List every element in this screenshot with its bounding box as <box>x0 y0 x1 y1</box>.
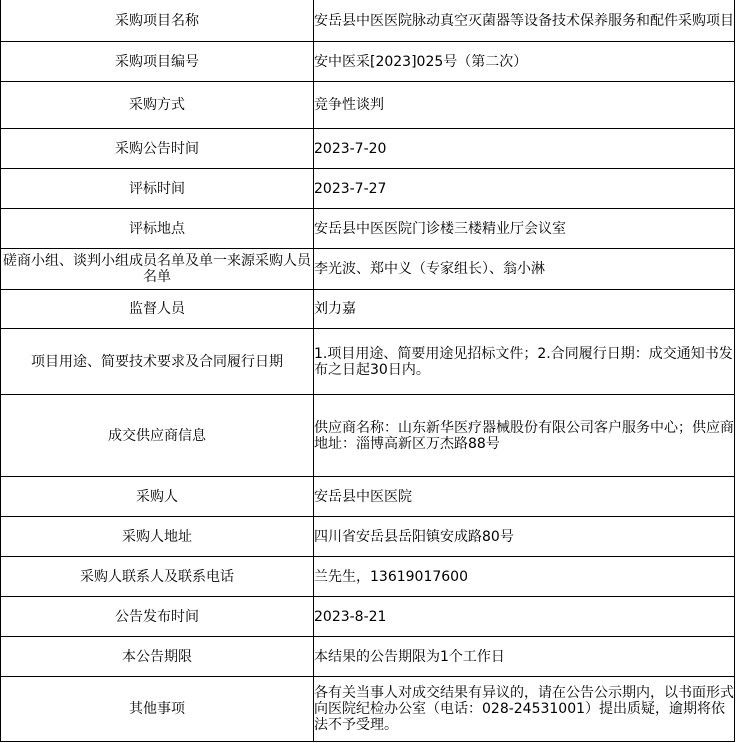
label-project-purpose: 项目用途、简要技术要求及合同履行日期 <box>1 329 314 395</box>
value-project-name: 安岳县中医医院脉动真空灭菌器等设备技术保养服务和配件采购项目 <box>314 0 735 42</box>
label-purchaser: 采购人 <box>1 477 314 517</box>
label-procurement-method: 采购方式 <box>1 82 314 129</box>
label-purchaser-contact: 采购人联系人及联系电话 <box>1 557 314 597</box>
value-procurement-method: 竞争性谈判 <box>314 82 735 129</box>
value-panel-members: 李光波、郑中义（专家组长）、翁小淋 <box>314 249 735 290</box>
label-project-number: 采购项目编号 <box>1 42 314 82</box>
label-evaluation-date: 评标时间 <box>1 169 314 209</box>
label-publish-date: 公告发布时间 <box>1 597 314 637</box>
value-supervisor: 刘力嘉 <box>314 290 735 329</box>
table-row-purchaser-contact: 采购人联系人及联系电话 兰先生，13619017600 <box>1 557 735 597</box>
table-row-project-name: 采购项目名称 安岳县中医医院脉动真空灭菌器等设备技术保养服务和配件采购项目 <box>1 0 735 42</box>
table-row-announcement-date: 采购公告时间 2023-7-20 <box>1 129 735 169</box>
table-row-other-matters: 其他事项 各有关当事人对成交结果有异议的，请在公告公示期内，以书面形式向医院纪检… <box>1 677 735 742</box>
label-other-matters: 其他事项 <box>1 677 314 742</box>
value-project-number: 安中医采[2023]025号（第二次） <box>314 42 735 82</box>
value-other-matters: 各有关当事人对成交结果有异议的，请在公告公示期内，以书面形式向医院纪检办公室（电… <box>314 677 735 742</box>
value-purchaser-contact: 兰先生，13619017600 <box>314 557 735 597</box>
label-announcement-date: 采购公告时间 <box>1 129 314 169</box>
value-purchaser: 安岳县中医医院 <box>314 477 735 517</box>
value-supplier-info: 供应商名称：山东新华医疗器械股份有限公司客户服务中心；供应商地址：淄博高新区万杰… <box>314 395 735 477</box>
table-row-procurement-method: 采购方式 竞争性谈判 <box>1 82 735 129</box>
table-row-project-purpose: 项目用途、简要技术要求及合同履行日期 1.项目用途、简要用途见招标文件；2.合同… <box>1 329 735 395</box>
label-purchaser-address: 采购人地址 <box>1 517 314 557</box>
table-row-project-number: 采购项目编号 安中医采[2023]025号（第二次） <box>1 42 735 82</box>
table-row-evaluation-location: 评标地点 安岳县中医医院门诊楼三楼精业厅会议室 <box>1 209 735 249</box>
value-notice-period: 本结果的公告期限为1个工作日 <box>314 637 735 677</box>
label-evaluation-location: 评标地点 <box>1 209 314 249</box>
label-supplier-info: 成交供应商信息 <box>1 395 314 477</box>
value-publish-date: 2023-8-21 <box>314 597 735 637</box>
table-row-supplier-info: 成交供应商信息 供应商名称：山东新华医疗器械股份有限公司客户服务中心；供应商地址… <box>1 395 735 477</box>
table-row-purchaser: 采购人 安岳县中医医院 <box>1 477 735 517</box>
value-project-purpose: 1.项目用途、简要用途见招标文件；2.合同履行日期：成交通知书发布之日起30日内… <box>314 329 735 395</box>
value-purchaser-address: 四川省安岳县岳阳镇安成路80号 <box>314 517 735 557</box>
table-row-notice-period: 本公告期限 本结果的公告期限为1个工作日 <box>1 637 735 677</box>
table-row-supervisor: 监督人员 刘力嘉 <box>1 290 735 329</box>
table-row-publish-date: 公告发布时间 2023-8-21 <box>1 597 735 637</box>
value-evaluation-location: 安岳县中医医院门诊楼三楼精业厅会议室 <box>314 209 735 249</box>
value-evaluation-date: 2023-7-27 <box>314 169 735 209</box>
label-project-name: 采购项目名称 <box>1 0 314 42</box>
table-row-panel-members: 磋商小组、谈判小组成员名单及单一来源采购人员名单 李光波、郑中义（专家组长）、翁… <box>1 249 735 290</box>
procurement-result-table: 采购项目名称 安岳县中医医院脉动真空灭菌器等设备技术保养服务和配件采购项目 采购… <box>0 0 735 742</box>
label-panel-members: 磋商小组、谈判小组成员名单及单一来源采购人员名单 <box>1 249 314 290</box>
label-notice-period: 本公告期限 <box>1 637 314 677</box>
table-row-purchaser-address: 采购人地址 四川省安岳县岳阳镇安成路80号 <box>1 517 735 557</box>
table-row-evaluation-date: 评标时间 2023-7-27 <box>1 169 735 209</box>
label-supervisor: 监督人员 <box>1 290 314 329</box>
value-announcement-date: 2023-7-20 <box>314 129 735 169</box>
